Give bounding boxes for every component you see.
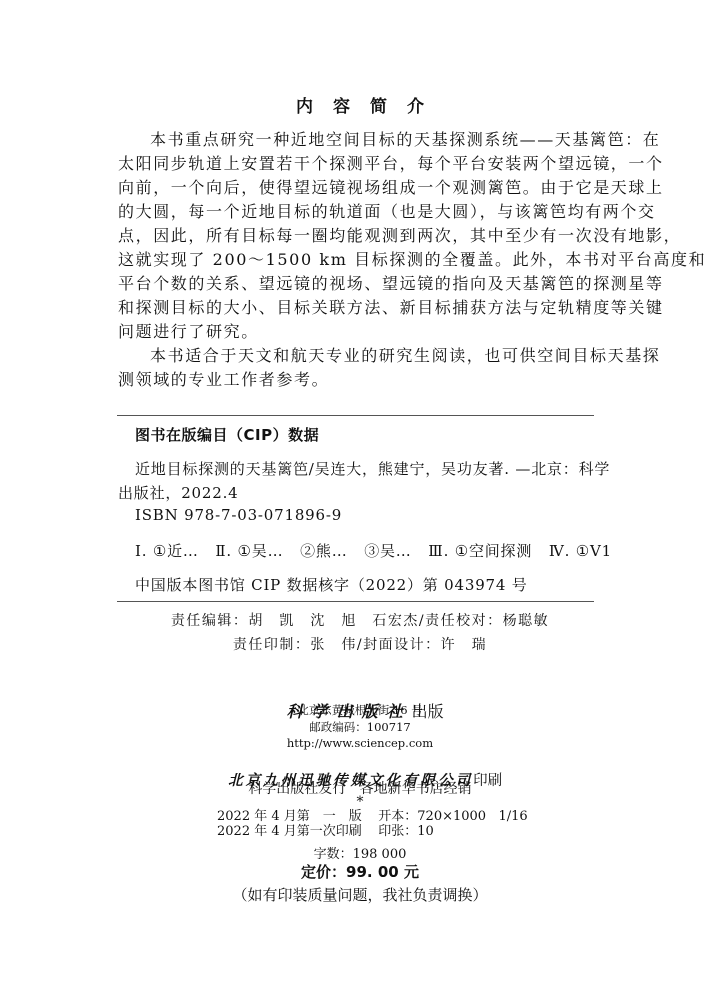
text-line: 本书适合于天文和航天专业的研究生阅读，也可供空间目标天基探 [118, 344, 594, 368]
cip-number: 中国版本图书馆 CIP 数据核字（2022）第 043974 号 [135, 574, 528, 595]
edition-line-1: 2022 年 4 月第 一 版 开本：720×1000 1/16 [217, 810, 528, 824]
publisher-website: http://www.sciencep.com [0, 736, 720, 750]
cip-top-rule [117, 415, 594, 416]
cip-record-line-2: 出版社，2022.4 [118, 482, 239, 503]
text-line: 平台个数的关系、望远镜的视场、望远镜的指向及天基篱笆的探测星等 [118, 272, 594, 296]
summary-paragraph-1: 本书重点研究一种近地空间目标的天基探测系统——天基篱笆：在 太阳同步轨道上安置若… [118, 128, 594, 344]
word-count: 字数：198 000 [0, 843, 720, 862]
cip-isbn: ISBN 978-7-03-071896-9 [135, 506, 342, 524]
cip-classification: Ⅰ. ①近… Ⅱ. ①吴… ②熊… ③吴… Ⅲ. ①空间探测 Ⅳ. ①V1 [135, 540, 612, 561]
text-line: 这就实现了 200～1500 km 目标探测的全覆盖。此外，本书对平台高度和 [118, 248, 594, 272]
text-line: 太阳同步轨道上安置若干个探测平台，每个平台安装两个望远镜，一个 [118, 152, 594, 176]
edition-line-2: 2022 年 4 月第一次印刷 印张：10 [217, 825, 434, 839]
publisher-postcode: 邮政编码：100717 [0, 719, 720, 735]
text-line: 的大圆，每一个近地目标的轨道面（也是大圆），与该篱笆均有两个交 [118, 200, 594, 224]
page-title: 内容简介 [0, 92, 720, 117]
price: 定价：99. 00 元 [0, 861, 720, 882]
credits-production: 责任印制：张 伟/封面设计：许 瑞 [0, 634, 720, 654]
text-line: 和探测目标的大小、目标关联方法、新目标捕获方法与定轨精度等关键 [118, 296, 594, 320]
text-line: 点，因此，所有目标每一圈均能观测到两次，其中至少有一次没有地影， [118, 224, 594, 248]
summary-paragraph-2: 本书适合于天文和航天专业的研究生阅读，也可供空间目标天基探 测领域的专业工作者参… [118, 344, 594, 392]
publisher-address: 北京东黄城根北街 16 号 [0, 702, 720, 718]
quality-notice: （如有印装质量问题，我社负责调换） [0, 884, 720, 905]
cip-bottom-rule [117, 601, 594, 602]
text-line: 向前，一个向后，使得望远镜视场组成一个观测篱笆。由于它是天球上 [118, 176, 594, 200]
text-line: 本书重点研究一种近地空间目标的天基探测系统——天基篱笆：在 [118, 128, 594, 152]
credits-editors: 责任编辑：胡 凯 沈 旭 石宏杰/责任校对：杨聪敏 [0, 610, 720, 630]
text-line: 测领域的专业工作者参考。 [118, 368, 594, 392]
text-line: 问题进行了研究。 [118, 320, 594, 344]
separator-asterisk: * [0, 794, 720, 810]
cip-record-line-1: 近地目标探测的天基篱笆/吴连大，熊建宁，吴功友著. —北京：科学 [135, 458, 610, 479]
cip-heading: 图书在版编目（CIP）数据 [135, 424, 319, 445]
